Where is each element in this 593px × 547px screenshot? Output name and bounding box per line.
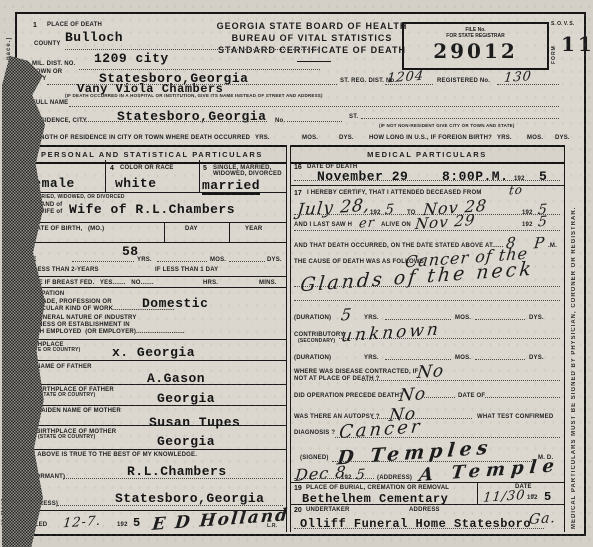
filed-registrar-signature: E D Holland — [151, 507, 290, 534]
medical-section-header: MEDICAL PARTICULARS — [290, 145, 564, 164]
mother-label: MAIDEN NAME OF MOTHER — [36, 408, 121, 415]
burial-year-5: 5 — [544, 491, 552, 503]
length-yrs: YRS. — [255, 135, 270, 142]
dob-label: DATE OF BIRTH, (MO.) — [32, 226, 104, 233]
lastsaw-year-5: 5 — [537, 215, 548, 230]
diagnosis-value-handwritten: Cancer — [338, 418, 423, 442]
occurred-p-handwritten: P — [533, 236, 546, 252]
hospital-note: (IF DEATH OCCURRED IN A HOSPITAL OR INST… — [65, 93, 323, 98]
burial-date-divider — [477, 482, 478, 504]
duration1-rule2 — [475, 319, 525, 320]
sign-date-handwritten: Dec 8 — [294, 464, 347, 484]
informant-address-value: Statesboro,Georgia — [115, 492, 264, 505]
nonresident-note: (IF NOT NON-RESIDENT GIVE CITY OR TOWN A… — [379, 123, 515, 128]
dob-divider-2 — [229, 222, 230, 242]
dod-time: 8:00P.M. — [442, 170, 508, 183]
personal-section-header: PERSONAL AND STATISTICAL PARTICULARS — [17, 145, 287, 164]
med-row-line-3 — [290, 504, 564, 505]
occurred-m-label: .M. — [548, 243, 557, 250]
title-underline — [297, 61, 331, 62]
dod-year-5: 5 — [539, 170, 547, 183]
streg-rule — [385, 84, 433, 85]
father-label: NAME OF FATHER — [36, 364, 92, 371]
row-line-2 — [17, 222, 287, 223]
dob-day-label: DAY — [185, 226, 198, 233]
undertaker-label: UNDERTAKER — [306, 507, 350, 514]
sign-year-5: 5 — [355, 468, 366, 483]
undertaker-rule — [294, 528, 544, 529]
board-title: GEORGIA STATE BOARD OF HEALTH — [202, 21, 422, 31]
dod-value: November 29 — [317, 170, 408, 183]
howlong-yrs: YRS. — [497, 135, 512, 142]
operation-rule2 — [485, 397, 560, 398]
row-line-1 — [17, 192, 287, 193]
full-name-label: FULL NAME — [32, 100, 68, 107]
lastsaw-aliveon: ALIVE ON — [381, 222, 411, 229]
duration2-yrs: YRS. — [364, 355, 379, 362]
district-rule — [79, 69, 320, 70]
certify-number: 17 — [294, 190, 302, 197]
dob-divider-1 — [164, 222, 165, 242]
undertaker-address-label: ADDRESS — [409, 507, 440, 514]
informant-value: R.L.Chambers — [127, 465, 227, 478]
certificate-title: STANDARD CERTIFICATE OF DEATH — [202, 45, 422, 55]
age-mos: MOS. — [210, 257, 226, 264]
howlong-dys: DYS. — [555, 135, 570, 142]
birthplace-value: x. Georgia — [112, 346, 195, 359]
bureau-title: BUREAU OF VITAL STATISTICS — [202, 33, 422, 43]
father-bp-sub: (STATE OR COUNTRY) — [38, 393, 95, 399]
sign-date-rule — [294, 478, 374, 479]
mother-bp-value: Georgia — [157, 435, 215, 448]
registered-label: REGISTERED No. — [437, 78, 490, 85]
occupation-b3: WHICH EMPLOYED (OR EMPLOYER)............… — [23, 329, 185, 336]
file-number: 29012 — [404, 39, 547, 63]
duration1-label: (DURATION) — [294, 315, 331, 322]
column-divider-right — [290, 145, 291, 532]
undertaker-number: 20 — [294, 507, 302, 514]
district-value: 1209 city — [94, 52, 169, 65]
duration2-rule2 — [475, 359, 525, 360]
right-margin-note: MEDICAL PARTICULARS MUST BE SIGNED BY PH… — [571, 149, 577, 529]
duration1-dys: DYS. — [529, 315, 544, 322]
breast-hrs: HRS. — [203, 280, 218, 287]
duration1-mos: MOS. — [455, 315, 471, 322]
row-line-5 — [17, 339, 287, 340]
undertaker-state-handwritten: Ga. — [528, 511, 556, 527]
occupation-value: Domestic — [142, 297, 208, 310]
howlong-label: HOW LONG IN U.S., IF FOREIGN BIRTH? — [369, 135, 492, 142]
informant-rule — [63, 478, 283, 479]
residence-no-label: No. — [275, 118, 285, 125]
burial-192: 192 — [527, 495, 538, 502]
burial-label: PLACE OF BURIAL, CREMATION OR REMOVAL — [306, 485, 449, 492]
row-line-9 — [17, 425, 287, 426]
length-of-residence-label: LENGTH OF RESIDENCE IN CITY OR TOWN WHER… — [32, 135, 250, 142]
spouse-value: Wife of R.L.Chambers — [69, 203, 235, 216]
contributory-sub: (SECONDARY) — [298, 339, 335, 345]
operation-rule — [421, 397, 455, 398]
duration1-yrs: YRS. — [364, 315, 379, 322]
age-subline — [17, 276, 287, 277]
age-rule-3 — [229, 261, 265, 262]
color-marital-divider — [199, 160, 200, 192]
from-year-5: 5 — [384, 203, 395, 218]
residence-st-rule — [361, 118, 559, 119]
burial-number: 19 — [294, 485, 302, 492]
lastsaw-er-handwritten: er — [358, 216, 375, 230]
autopsy-confirm-label: WHAT TEST CONFIRMED — [477, 414, 553, 421]
sex-color-divider — [105, 160, 106, 192]
contracted-rule — [362, 380, 560, 381]
duration2-mos: MOS. — [455, 355, 471, 362]
duration2-dys: DYS. — [529, 355, 544, 362]
duration1-value-handwritten: 5 — [340, 307, 353, 324]
mother-value: Susan Tupes — [149, 416, 240, 429]
row-line-4 — [17, 287, 287, 288]
marital-label-2: WIDOWED, DIVORCED — [213, 171, 282, 178]
item-1-number: 1 — [33, 22, 37, 29]
place-of-death-label: PLACE OF DEATH — [47, 22, 102, 29]
filed-date-handwritten: 12-7. — [62, 515, 102, 531]
breast-fed-label: STATE IF BREAST FED. YES....... NO......… — [23, 280, 154, 287]
dob-year-label: YEAR — [245, 226, 262, 233]
filed-suffix: L.R. — [267, 524, 277, 530]
county-label: COUNTY — [34, 41, 61, 48]
residence-no-rule — [287, 121, 342, 122]
mother-bp-sub: (STATE OR COUNTRY) — [38, 435, 95, 441]
lastsaw-label: AND I LAST SAW H — [294, 222, 352, 229]
age-rule-2 — [157, 261, 207, 262]
attest-statement: THE ABOVE IS TRUE TO THE BEST OF MY KNOW… — [23, 452, 197, 459]
certificate-frame: 1 PLACE OF DEATH GEORGIA STATE BOARD OF … — [15, 12, 586, 536]
color-number: 4 — [110, 165, 114, 172]
cause-rule-2 — [294, 300, 560, 301]
row-line-7 — [17, 384, 287, 385]
dod-number: 16 — [294, 164, 302, 171]
full-name-rule — [69, 106, 559, 107]
county-value: Bulloch — [65, 31, 123, 44]
certify-to-overwrite: to — [508, 183, 523, 196]
registered-value-handwritten: 130 — [503, 70, 532, 85]
certify-rule-2 — [294, 230, 560, 231]
informant-address-rule — [57, 505, 283, 506]
color-label: COLOR OR RACE — [120, 165, 174, 172]
row-line-8 — [17, 405, 287, 406]
age-rule-1 — [72, 261, 134, 262]
death-certificate-scan: pace.] In Deat 1 PLACE OF DEATH GEORGIA … — [0, 0, 593, 547]
age-sub2: IF LESS THAN 1 DAY — [155, 267, 218, 274]
streg-value-handwritten: 1204 — [386, 70, 424, 86]
marital-number: 5 — [203, 165, 207, 172]
age-yrs: YRS. — [137, 257, 152, 264]
age-dys: DYS. — [267, 257, 282, 264]
duration2-label: (DURATION) — [294, 355, 331, 362]
howlong-mos: MOS. — [527, 135, 543, 142]
registered-rule — [497, 84, 559, 85]
filed-year-192: 192 — [117, 522, 128, 529]
top-left-margin-note: pace.] — [6, 14, 12, 60]
med-row-line-2 — [290, 482, 564, 483]
length-mos: MOS. — [302, 135, 318, 142]
length-dys: DYS. — [339, 135, 354, 142]
contributory-rule — [339, 338, 560, 339]
row-line-6 — [17, 360, 287, 361]
form-word: FORM — [551, 32, 557, 64]
file-number-box: FILE No. FOR STATE REGISTRAR 29012 — [402, 22, 549, 70]
operation-label: DID OPERATION PRECEDE DEATH? — [294, 393, 403, 400]
operation-value-handwritten: No — [398, 386, 427, 405]
duration2-rule — [385, 359, 451, 360]
color-value: white — [115, 177, 157, 190]
certify-label: I HEREBY CERTIFY, THAT I ATTENDED DECEAS… — [307, 190, 482, 197]
cause-rule-1 — [294, 286, 560, 287]
filed-year-5: 5 — [133, 517, 141, 529]
form-number: 11 — [561, 32, 593, 56]
district-label: MIL. DIST. NO. — [32, 61, 75, 68]
sovs-label: S. O. V. S. — [551, 21, 574, 27]
father-bp-value: Georgia — [157, 392, 215, 405]
operation-dateof-label: DATE OF — [458, 393, 485, 400]
residence-st-label: ST. — [349, 114, 358, 121]
breast-mins: MINS. — [259, 280, 277, 287]
right-margin-strip: MEDICAL PARTICULARS MUST BE SIGNED BY PH… — [564, 145, 583, 532]
row-line-10 — [17, 449, 287, 450]
signed-label: (SIGNED) — [300, 455, 329, 462]
diagnosis-rule — [335, 437, 560, 438]
dod-rule — [294, 180, 560, 181]
lastsaw-192: 192 — [522, 222, 533, 229]
diagnosis-label: DIAGNOSIS ? — [294, 430, 335, 437]
sign-address-label: (ADDRESS) — [377, 475, 412, 482]
contributory-value-handwritten: unknown — [340, 321, 441, 345]
contracted-label-1: WHERE WAS DISEASE CONTRACTED, IF — [294, 369, 418, 376]
row-line-3 — [17, 242, 287, 243]
county-rule — [65, 49, 320, 50]
residence-rule — [82, 121, 267, 122]
